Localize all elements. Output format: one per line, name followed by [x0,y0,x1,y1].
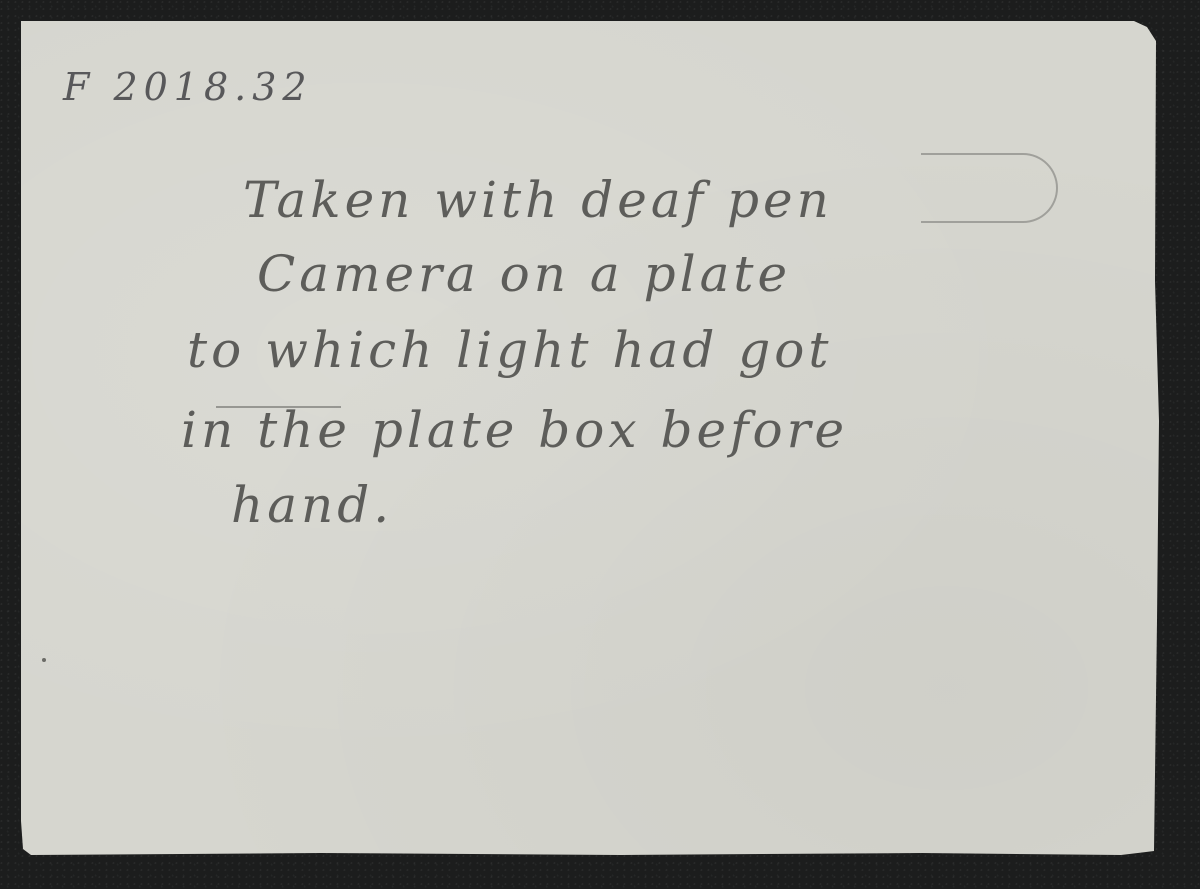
note-line-2: Camera on a plate [257,245,791,303]
note-line-5: hand. [231,476,393,534]
note-line-1: Taken with deaf pen [243,171,833,229]
paper-note: F 2018.32 Taken with deaf pen Camera on … [21,21,1178,855]
note-line-3: to which light had got [187,321,832,379]
paper-speck [42,658,46,662]
pencil-loop-mark [921,153,1058,223]
note-line-4: in the plate box before [181,401,848,459]
accession-number: F 2018.32 [63,65,313,109]
